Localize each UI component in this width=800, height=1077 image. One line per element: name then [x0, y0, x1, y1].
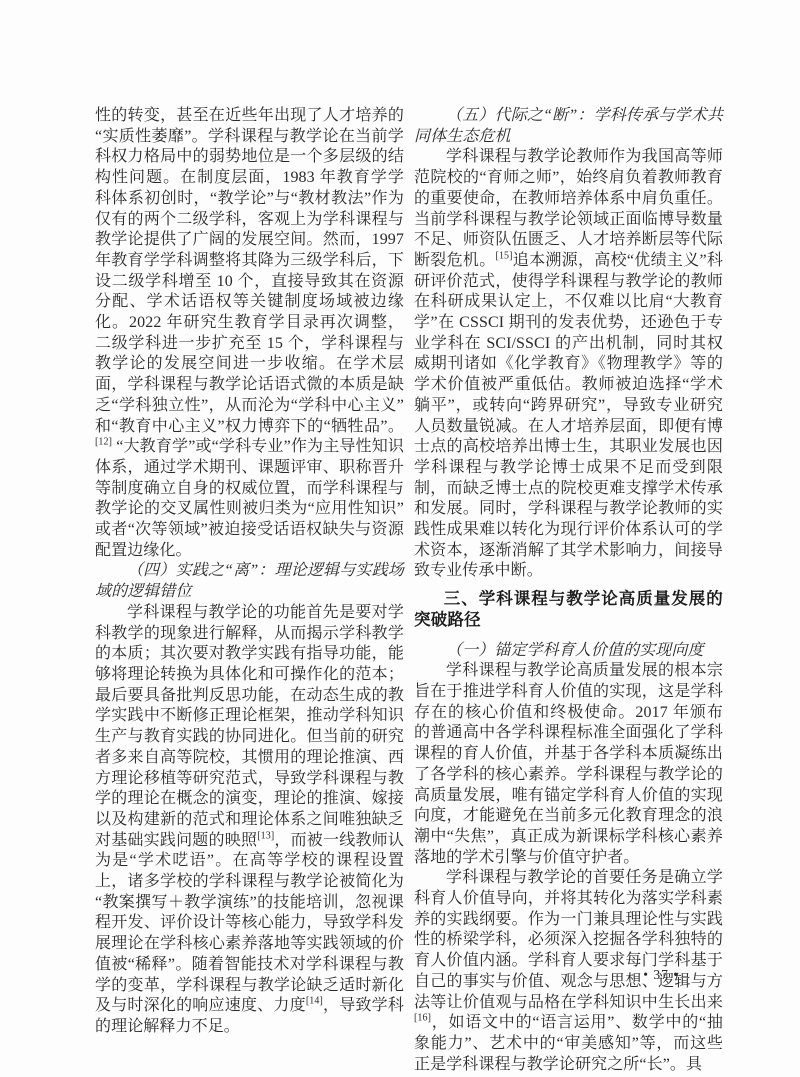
- subheading-1-value-orientation: （一）锚定学科育人价值的实现向度: [414, 641, 723, 662]
- section-heading-3: 三、学科课程与教学论高质量发展的突破路径: [414, 589, 723, 630]
- footnote-ref: [14]: [306, 996, 323, 1007]
- footnote-ref: [12]: [95, 437, 112, 448]
- paragraph: 学科课程与教学论的功能首先是要对学科教学的现象进行解释，从而揭示学科教学的本质；…: [95, 603, 404, 1038]
- footnote-ref: [15]: [496, 251, 513, 262]
- subheading-4-practice-gap: （四）实践之“离”：理论逻辑与实践场域的逻辑错位: [95, 561, 404, 602]
- left-column: 性的转变，甚至在近些年出现了人才培养的“实质性萎靡”。学科课程与教学论在当前学科…: [95, 106, 404, 1075]
- footnote-ref: [13]: [257, 830, 274, 841]
- paragraph: 学科课程与教学论高质量发展的根本宗旨在于推进学科育人价值的实现，这是学科存在的核…: [414, 661, 723, 868]
- journal-page: 性的转变，甚至在近些年出现了人才培养的“实质性萎靡”。学科课程与教学论在当前学科…: [0, 0, 800, 1077]
- page-number: • 37 •: [417, 967, 723, 983]
- paragraph: 学科课程与教学论教师作为我国高等师范院校的“育师之师”，始终肩负着教师教育的重要…: [414, 147, 723, 582]
- paragraph-continuation: 性的转变，甚至在近些年出现了人才培养的“实质性萎靡”。学科课程与教学论在当前学科…: [95, 106, 404, 561]
- right-column: （五）代际之“断”：学科传承与学术共同体生态危机学科课程与教学论教师作为我国高等…: [414, 106, 723, 1075]
- page-body: 性的转变，甚至在近些年出现了人才培养的“实质性萎靡”。学科课程与教学论在当前学科…: [95, 106, 723, 1075]
- footnote-ref: [16]: [414, 1013, 431, 1024]
- subheading-5-generational-break: （五）代际之“断”：学科传承与学术共同体生态危机: [414, 106, 723, 147]
